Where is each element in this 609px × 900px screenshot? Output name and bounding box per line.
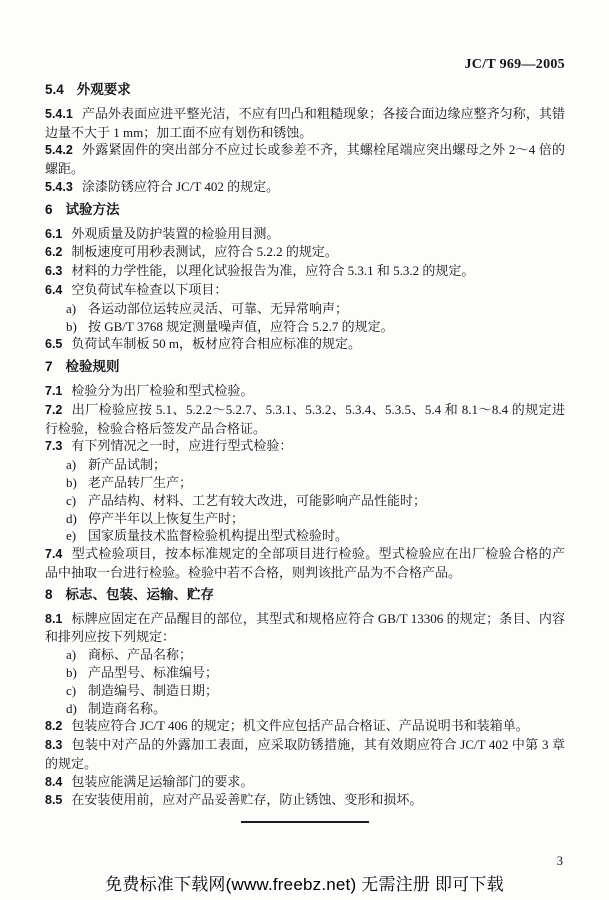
list-item-7-3-e: e)国家质量技术监督检验机构提出型式检验时。: [45, 527, 565, 545]
clause-6-3: 6.3材料的力学性能，以理化试验报告为准，应符合 5.3.1 和 5.3.2 的…: [45, 262, 565, 281]
clause-text: 空负荷试车检查以下项目：: [71, 282, 227, 297]
clause-text: 涂漆防锈应符合 JC/T 402 的规定。: [82, 179, 279, 194]
section-title: 外观要求: [77, 82, 131, 97]
section-heading-7: 7检验规则: [45, 358, 565, 376]
list-item-label: d): [66, 510, 88, 528]
clause-number: 7.3: [45, 439, 62, 453]
clause-number: 6.3: [45, 264, 62, 278]
clause-text: 包装应符合 JC/T 406 的规定；机文件应包括产品合格证、产品说明书和装箱单…: [71, 718, 528, 733]
list-item-7-3-d: d)停产半年以上恢复生产时；: [45, 510, 565, 528]
list-item-text: 商标、产品名称；: [88, 647, 192, 662]
list-item-text: 老产品转厂生产；: [88, 475, 192, 490]
list-item-8-1-b: b)产品型号、标准编号；: [45, 664, 565, 682]
list-item-label: e): [66, 527, 88, 545]
clause-6-5: 6.5负荷试车制板 50 m，板材应符合相应标准的规定。: [45, 335, 565, 354]
list-item-label: d): [66, 700, 88, 718]
list-item-text: 按 GB/T 3768 规定测量噪声值，应符合 5.2.7 的规定。: [88, 319, 394, 334]
clause-text: 出厂检验应按 5.1、5.2.2～5.2.7、5.3.1、5.3.2、5.3.4…: [45, 402, 565, 436]
clause-6-2: 6.2制板速度可用秒表测试，应符合 5.2.2 的规定。: [45, 243, 565, 262]
clause-number: 6.1: [45, 227, 62, 241]
clause-number: 8.4: [45, 775, 62, 789]
clause-number: 6.4: [45, 283, 62, 297]
list-item-8-1-d: d)制造商名称。: [45, 700, 565, 718]
clause-number: 5.4.1: [45, 107, 73, 121]
list-item-7-3-a: a)新产品试制；: [45, 456, 565, 474]
clause-text: 外观质量及防护装置的检验用目测。: [71, 226, 279, 241]
clause-7-1: 7.1检验分为出厂检验和型式检验。: [45, 382, 565, 401]
clause-text: 型式检验项目，按本标准规定的全部项目进行检验。型式检验应在出厂检验合格的产品中抽…: [45, 546, 565, 580]
clause-number: 6.5: [45, 337, 62, 351]
clause-number: 7.1: [45, 384, 62, 398]
clause-5-4-1: 5.4.1产品外表面应进平整光洁，不应有凹凸和粗糙现象；各接合面边缘应整齐匀称，…: [45, 105, 565, 142]
clause-text: 包装应能满足运输部门的要求。: [71, 774, 253, 789]
clause-text: 制板速度可用秒表测试，应符合 5.2.2 的规定。: [71, 244, 338, 259]
list-item-text: 新产品试制；: [88, 457, 166, 472]
clause-7-3: 7.3有下列情况之一时，应进行型式检验：: [45, 437, 565, 456]
list-item-text: 制造编号、制造日期；: [88, 683, 218, 698]
clause-7-4: 7.4型式检验项目，按本标准规定的全部项目进行检验。型式检验应在出厂检验合格的产…: [45, 545, 565, 582]
list-item-label: a): [66, 300, 88, 318]
list-item-text: 产品型号、标准编号；: [88, 665, 218, 680]
clause-8-5: 8.5在安装使用前，应对产品妥善贮存，防止锈蚀、变形和损坏。: [45, 791, 565, 810]
section-title: 试验方法: [66, 202, 120, 217]
clause-6-4: 6.4空负荷试车检查以下项目：: [45, 281, 565, 300]
clause-7-2: 7.2出厂检验应按 5.1、5.2.2～5.2.7、5.3.1、5.3.2、5.…: [45, 401, 565, 438]
clause-text: 外露紧固件的突出部分不应过长或参差不齐，其螺栓尾端应突出螺母之外 2～4 倍的螺…: [45, 142, 565, 176]
clause-8-3: 8.3包装中对产品的外露加工表面，应采取防锈措施，其有效期应符合 JC/T 40…: [45, 736, 565, 773]
list-item-label: b): [66, 474, 88, 492]
section-heading-6: 6试验方法: [45, 201, 565, 219]
clause-text: 材料的力学性能，以理化试验报告为准，应符合 5.3.1 和 5.3.2 的规定。: [71, 263, 474, 278]
list-item-6-4-a: a)各运动部位运转应灵活、可靠、无异常响声；: [45, 300, 565, 318]
clause-text: 包装中对产品的外露加工表面，应采取防锈措施，其有效期应符合 JC/T 402 中…: [45, 737, 565, 771]
list-item-text: 国家质量技术监督检验机构提出型式检验时。: [88, 528, 348, 543]
section-heading-8: 8标志、包装、运输、贮存: [45, 586, 565, 604]
list-item-8-1-a: a)商标、产品名称；: [45, 646, 565, 664]
clause-6-1: 6.1外观质量及防护装置的检验用目测。: [45, 225, 565, 244]
section-title: 标志、包装、运输、贮存: [66, 587, 215, 602]
list-item-label: a): [66, 456, 88, 474]
document-page: JC/T 969—2005 5.4外观要求 5.4.1产品外表面应进平整光洁，不…: [0, 0, 609, 900]
list-item-8-1-c: c)制造编号、制造日期；: [45, 682, 565, 700]
watermark-text: 免费标准下载网(www.freebz.net) 无需注册 即可下载: [0, 870, 609, 895]
list-item-text: 各运动部位运转应灵活、可靠、无异常响声；: [88, 301, 348, 316]
list-item-label: b): [66, 664, 88, 682]
standard-number-header: JC/T 969—2005: [45, 57, 565, 72]
list-item-text: 停产半年以上恢复生产时；: [88, 511, 244, 526]
clause-number: 5.4.2: [45, 143, 73, 157]
clause-number: 8.2: [45, 719, 62, 733]
section-heading-5-4: 5.4外观要求: [45, 81, 565, 99]
list-item-label: b): [66, 318, 88, 336]
end-of-document-rule: [241, 821, 369, 823]
clause-8-4: 8.4包装应能满足运输部门的要求。: [45, 773, 565, 792]
clause-text: 负荷试车制板 50 m，板材应符合相应标准的规定。: [71, 336, 361, 351]
clause-number: 6.2: [45, 245, 62, 259]
clause-number: 5.4.3: [45, 180, 73, 194]
clause-text: 有下列情况之一时，应进行型式检验：: [71, 438, 292, 453]
clause-text: 在安装使用前，应对产品妥善贮存，防止锈蚀、变形和损坏。: [71, 792, 422, 807]
section-number: 7: [45, 359, 53, 374]
list-item-label: c): [66, 492, 88, 510]
list-item-6-4-b: b)按 GB/T 3768 规定测量噪声值，应符合 5.2.7 的规定。: [45, 318, 565, 336]
clause-number: 7.2: [45, 403, 62, 417]
list-item-text: 产品结构、材料、工艺有较大改进，可能影响产品性能时；: [88, 493, 426, 508]
clause-number: 7.4: [45, 547, 62, 561]
clause-number: 8.3: [45, 738, 62, 752]
section-number: 8: [45, 587, 53, 602]
clause-8-1: 8.1标牌应固定在产品醒目的部位，其型式和规格应符合 GB/T 13306 的规…: [45, 610, 565, 647]
section-number: 5.4: [45, 82, 64, 97]
list-item-label: a): [66, 646, 88, 664]
section-title: 检验规则: [66, 359, 120, 374]
page-number: 3: [557, 854, 563, 869]
clause-8-2: 8.2包装应符合 JC/T 406 的规定；机文件应包括产品合格证、产品说明书和…: [45, 717, 565, 736]
clause-text: 产品外表面应进平整光洁，不应有凹凸和粗糙现象；各接合面边缘应整齐匀称，其错边量不…: [45, 106, 565, 140]
clause-5-4-3: 5.4.3涂漆防锈应符合 JC/T 402 的规定。: [45, 178, 565, 197]
list-item-text: 制造商名称。: [88, 701, 166, 716]
list-item-label: c): [66, 682, 88, 700]
list-item-7-3-b: b)老产品转厂生产；: [45, 474, 565, 492]
list-item-7-3-c: c)产品结构、材料、工艺有较大改进，可能影响产品性能时；: [45, 492, 565, 510]
clause-5-4-2: 5.4.2外露紧固件的突出部分不应过长或参差不齐，其螺栓尾端应突出螺母之外 2～…: [45, 141, 565, 178]
section-number: 6: [45, 202, 53, 217]
clause-number: 8.1: [45, 612, 62, 626]
clause-text: 标牌应固定在产品醒目的部位，其型式和规格应符合 GB/T 13306 的规定；条…: [45, 611, 565, 645]
clause-number: 8.5: [45, 793, 62, 807]
clause-text: 检验分为出厂检验和型式检验。: [71, 383, 253, 398]
